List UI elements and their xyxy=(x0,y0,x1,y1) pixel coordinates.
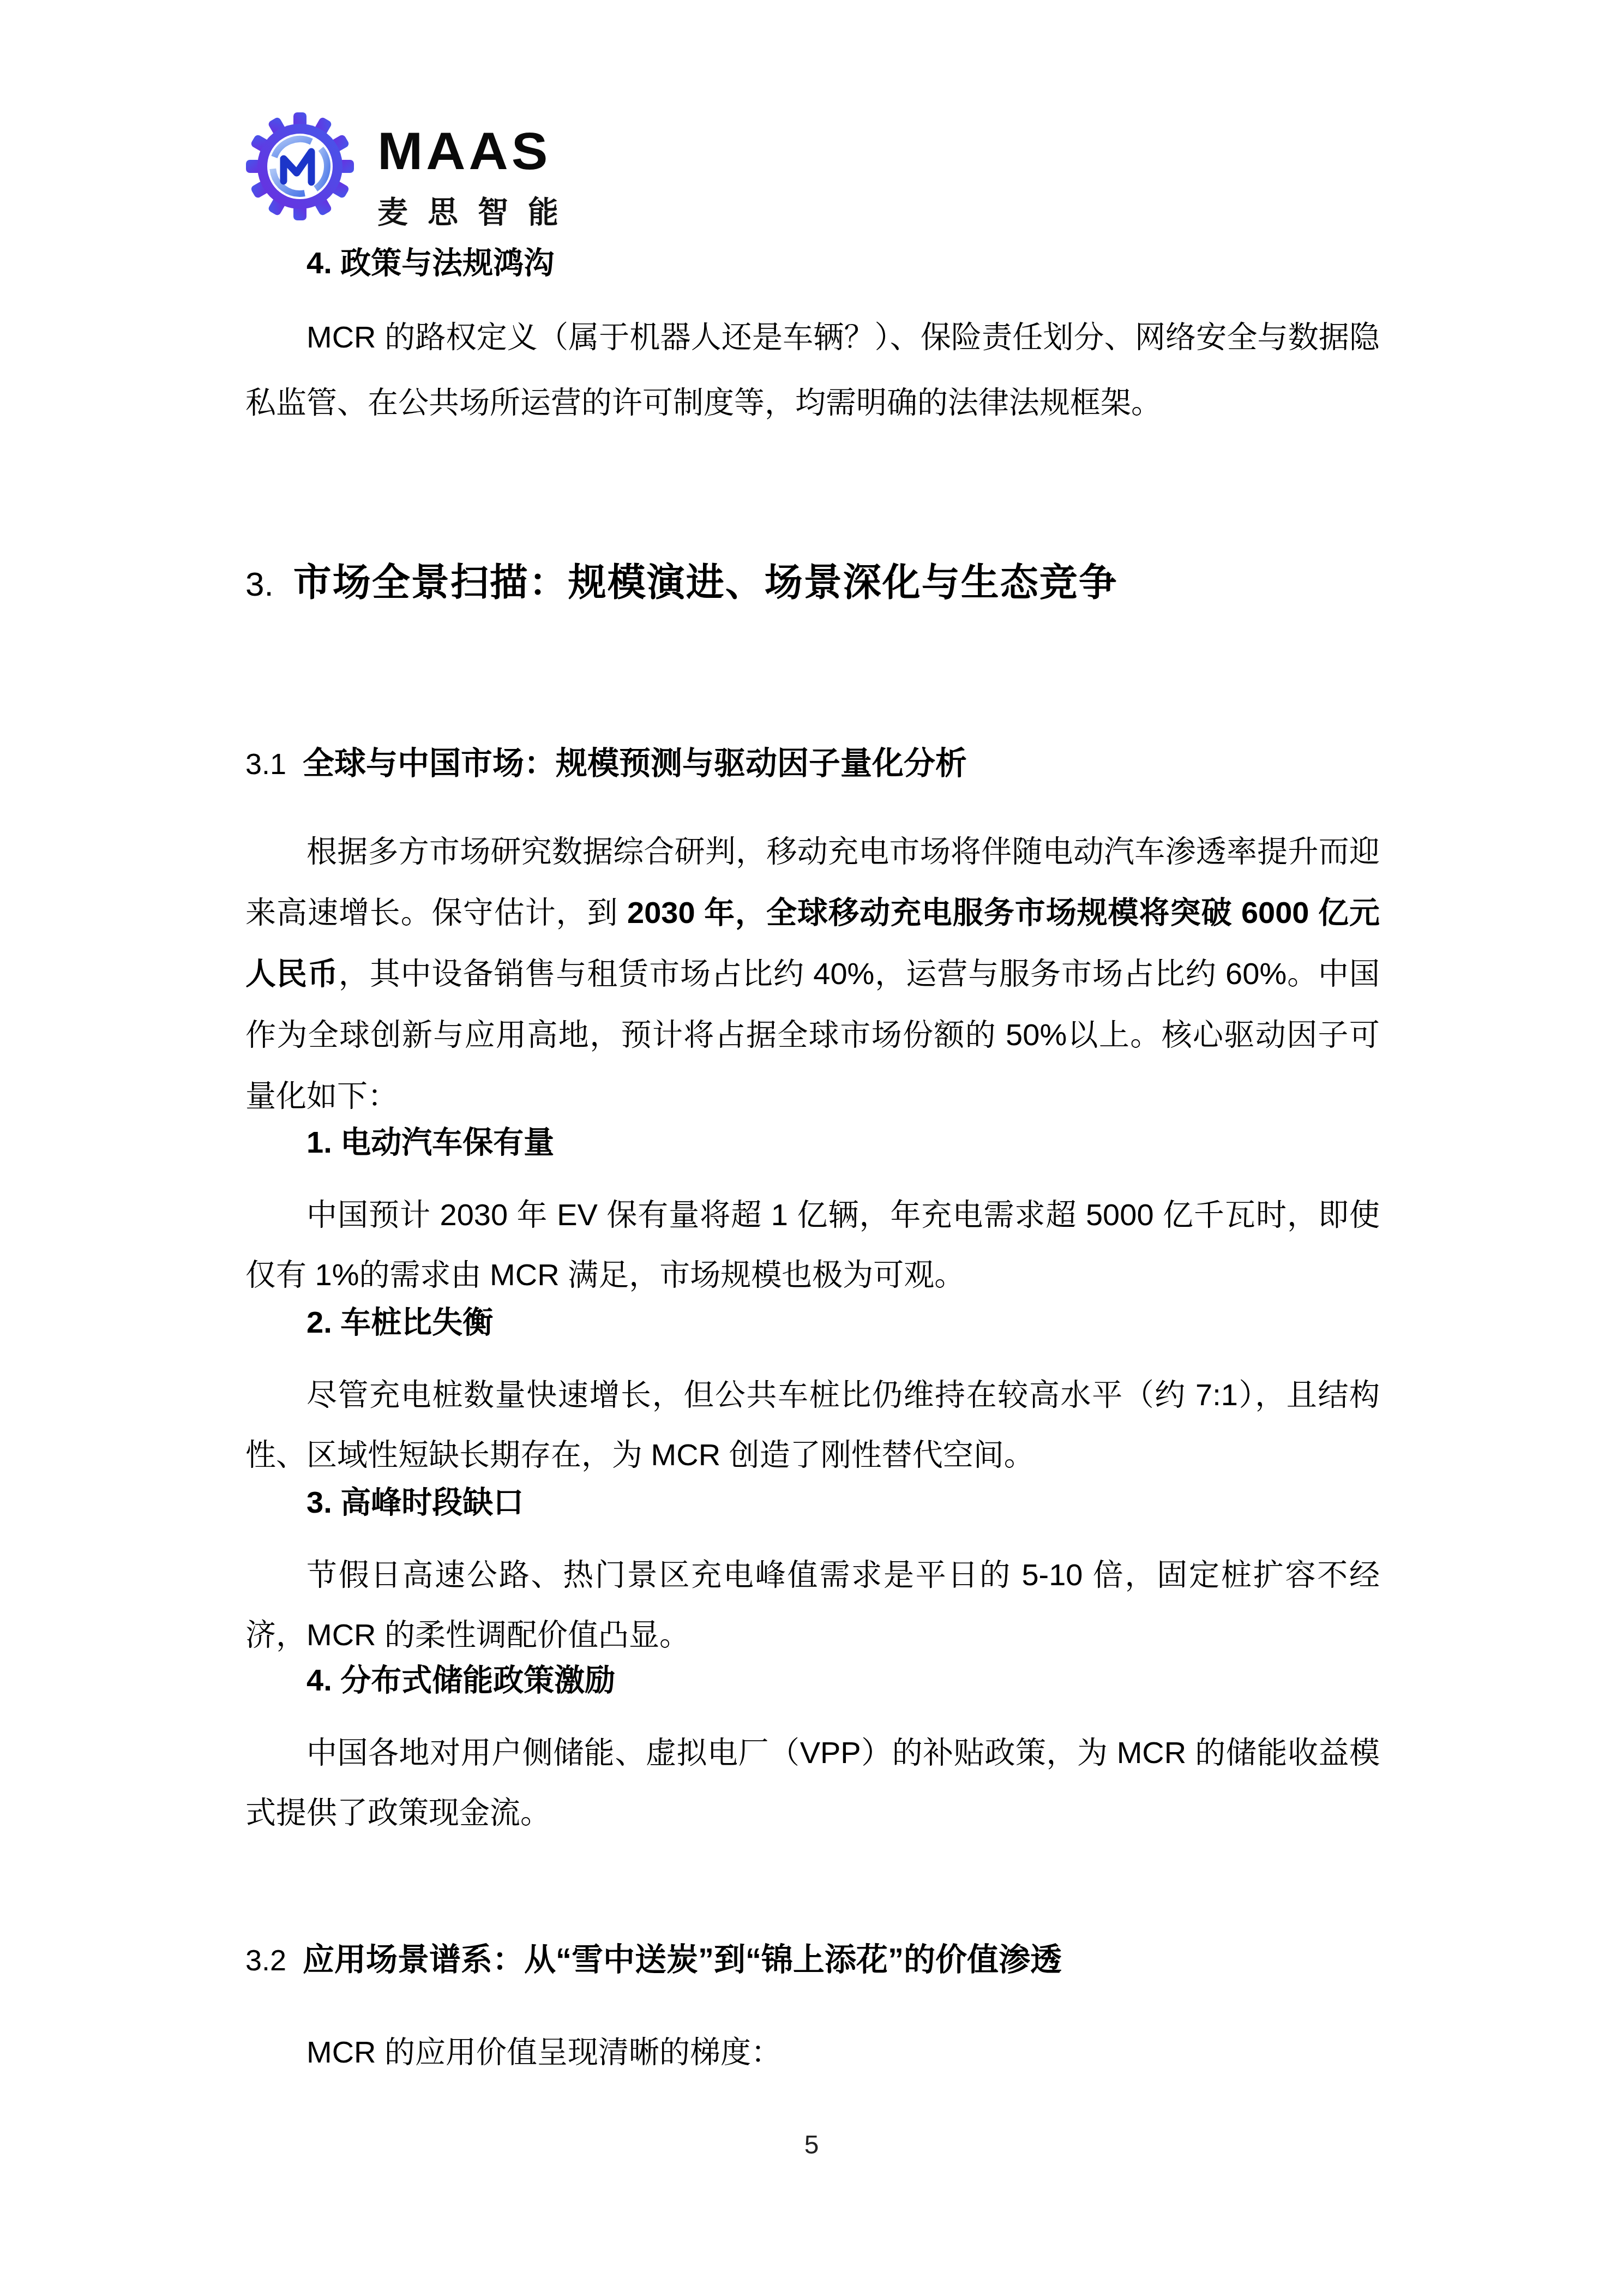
driver-1-body: 中国预计 2030 年 EV 保有量将超 1 亿辆，年充电需求超 5000 亿千… xyxy=(245,1185,1380,1305)
brand-logo: MAAS 麦思智能 xyxy=(245,112,578,227)
driver-1-heading: 1. 电动汽车保有量 xyxy=(245,1125,1380,1160)
section-3-1-title: 3.1 全球与中国市场：规模预测与驱动因子量化分析 xyxy=(245,738,1380,783)
section-3-title-text: 市场全景扫描：规模演进、场景深化与生态竞争 xyxy=(293,552,1118,607)
brand-wordmark-cn: 麦思智能 xyxy=(377,197,578,227)
brand-wordmark: MAAS xyxy=(377,125,578,177)
paragraph-policy-regulation-gap: MCR 的路权定义（属于机器人还是车辆？）、保险责任划分、网络安全与数据隐私监管… xyxy=(245,304,1380,435)
section-3-2-title: 3.2 应用场景谱系：从“雪中送炭”到“锦上添花”的价值渗透 xyxy=(245,1934,1380,1980)
section-3-number: 3. xyxy=(245,565,274,604)
driver-2-body: 尽管充电桩数量快速增长，但公共车桩比仍维持在较高水平（约 7:1），且结构性、区… xyxy=(245,1365,1380,1485)
brand-text: MAAS 麦思智能 xyxy=(377,112,578,227)
section-3-2-number: 3.2 xyxy=(245,1944,286,1977)
driver-3-body: 节假日高速公路、热门景区充电峰值需求是平日的 5-10 倍，固定桩扩容不经济，M… xyxy=(245,1545,1380,1665)
logo-gear-icon xyxy=(245,112,354,221)
section-3-1-number: 3.1 xyxy=(245,747,286,781)
section-3-2-lead-paragraph: MCR 的应用价值呈现清晰的梯度： xyxy=(245,2019,1380,2085)
driver-4-heading: 4. 分布式储能政策激励 xyxy=(245,1663,1380,1698)
driver-3-heading: 3. 高峰时段缺口 xyxy=(245,1485,1380,1520)
market-intro-paragraph: 根据多方市场研究数据综合研判，移动充电市场将伴随电动汽车渗透率提升而迎来高速增长… xyxy=(245,821,1380,1126)
heading-policy-regulation-gap: 4. 政策与法规鸿沟 xyxy=(245,245,1380,280)
section-3-title: 3. 市场全景扫描：规模演进、场景深化与生态竞争 xyxy=(245,552,1380,607)
section-3-1-title-text: 全球与中国市场：规模预测与驱动因子量化分析 xyxy=(303,738,967,783)
page-number: 5 xyxy=(0,2130,1623,2160)
driver-4-body: 中国各地对用户侧储能、虚拟电厂（VPP）的补贴政策，为 MCR 的储能收益模式提… xyxy=(245,1723,1380,1843)
driver-2-heading: 2. 车桩比失衡 xyxy=(245,1305,1380,1340)
market-intro-post: ，其中设备销售与租赁市场占比约 40%，运营与服务市场占比约 60%。中国作为全… xyxy=(245,956,1380,1113)
section-3-2-title-text: 应用场景谱系：从“雪中送炭”到“锦上添花”的价值渗透 xyxy=(303,1934,1062,1980)
document-page: MAAS 麦思智能 4. 政策与法规鸿沟 MCR 的路权定义（属于机器人还是车辆… xyxy=(0,0,1623,2296)
